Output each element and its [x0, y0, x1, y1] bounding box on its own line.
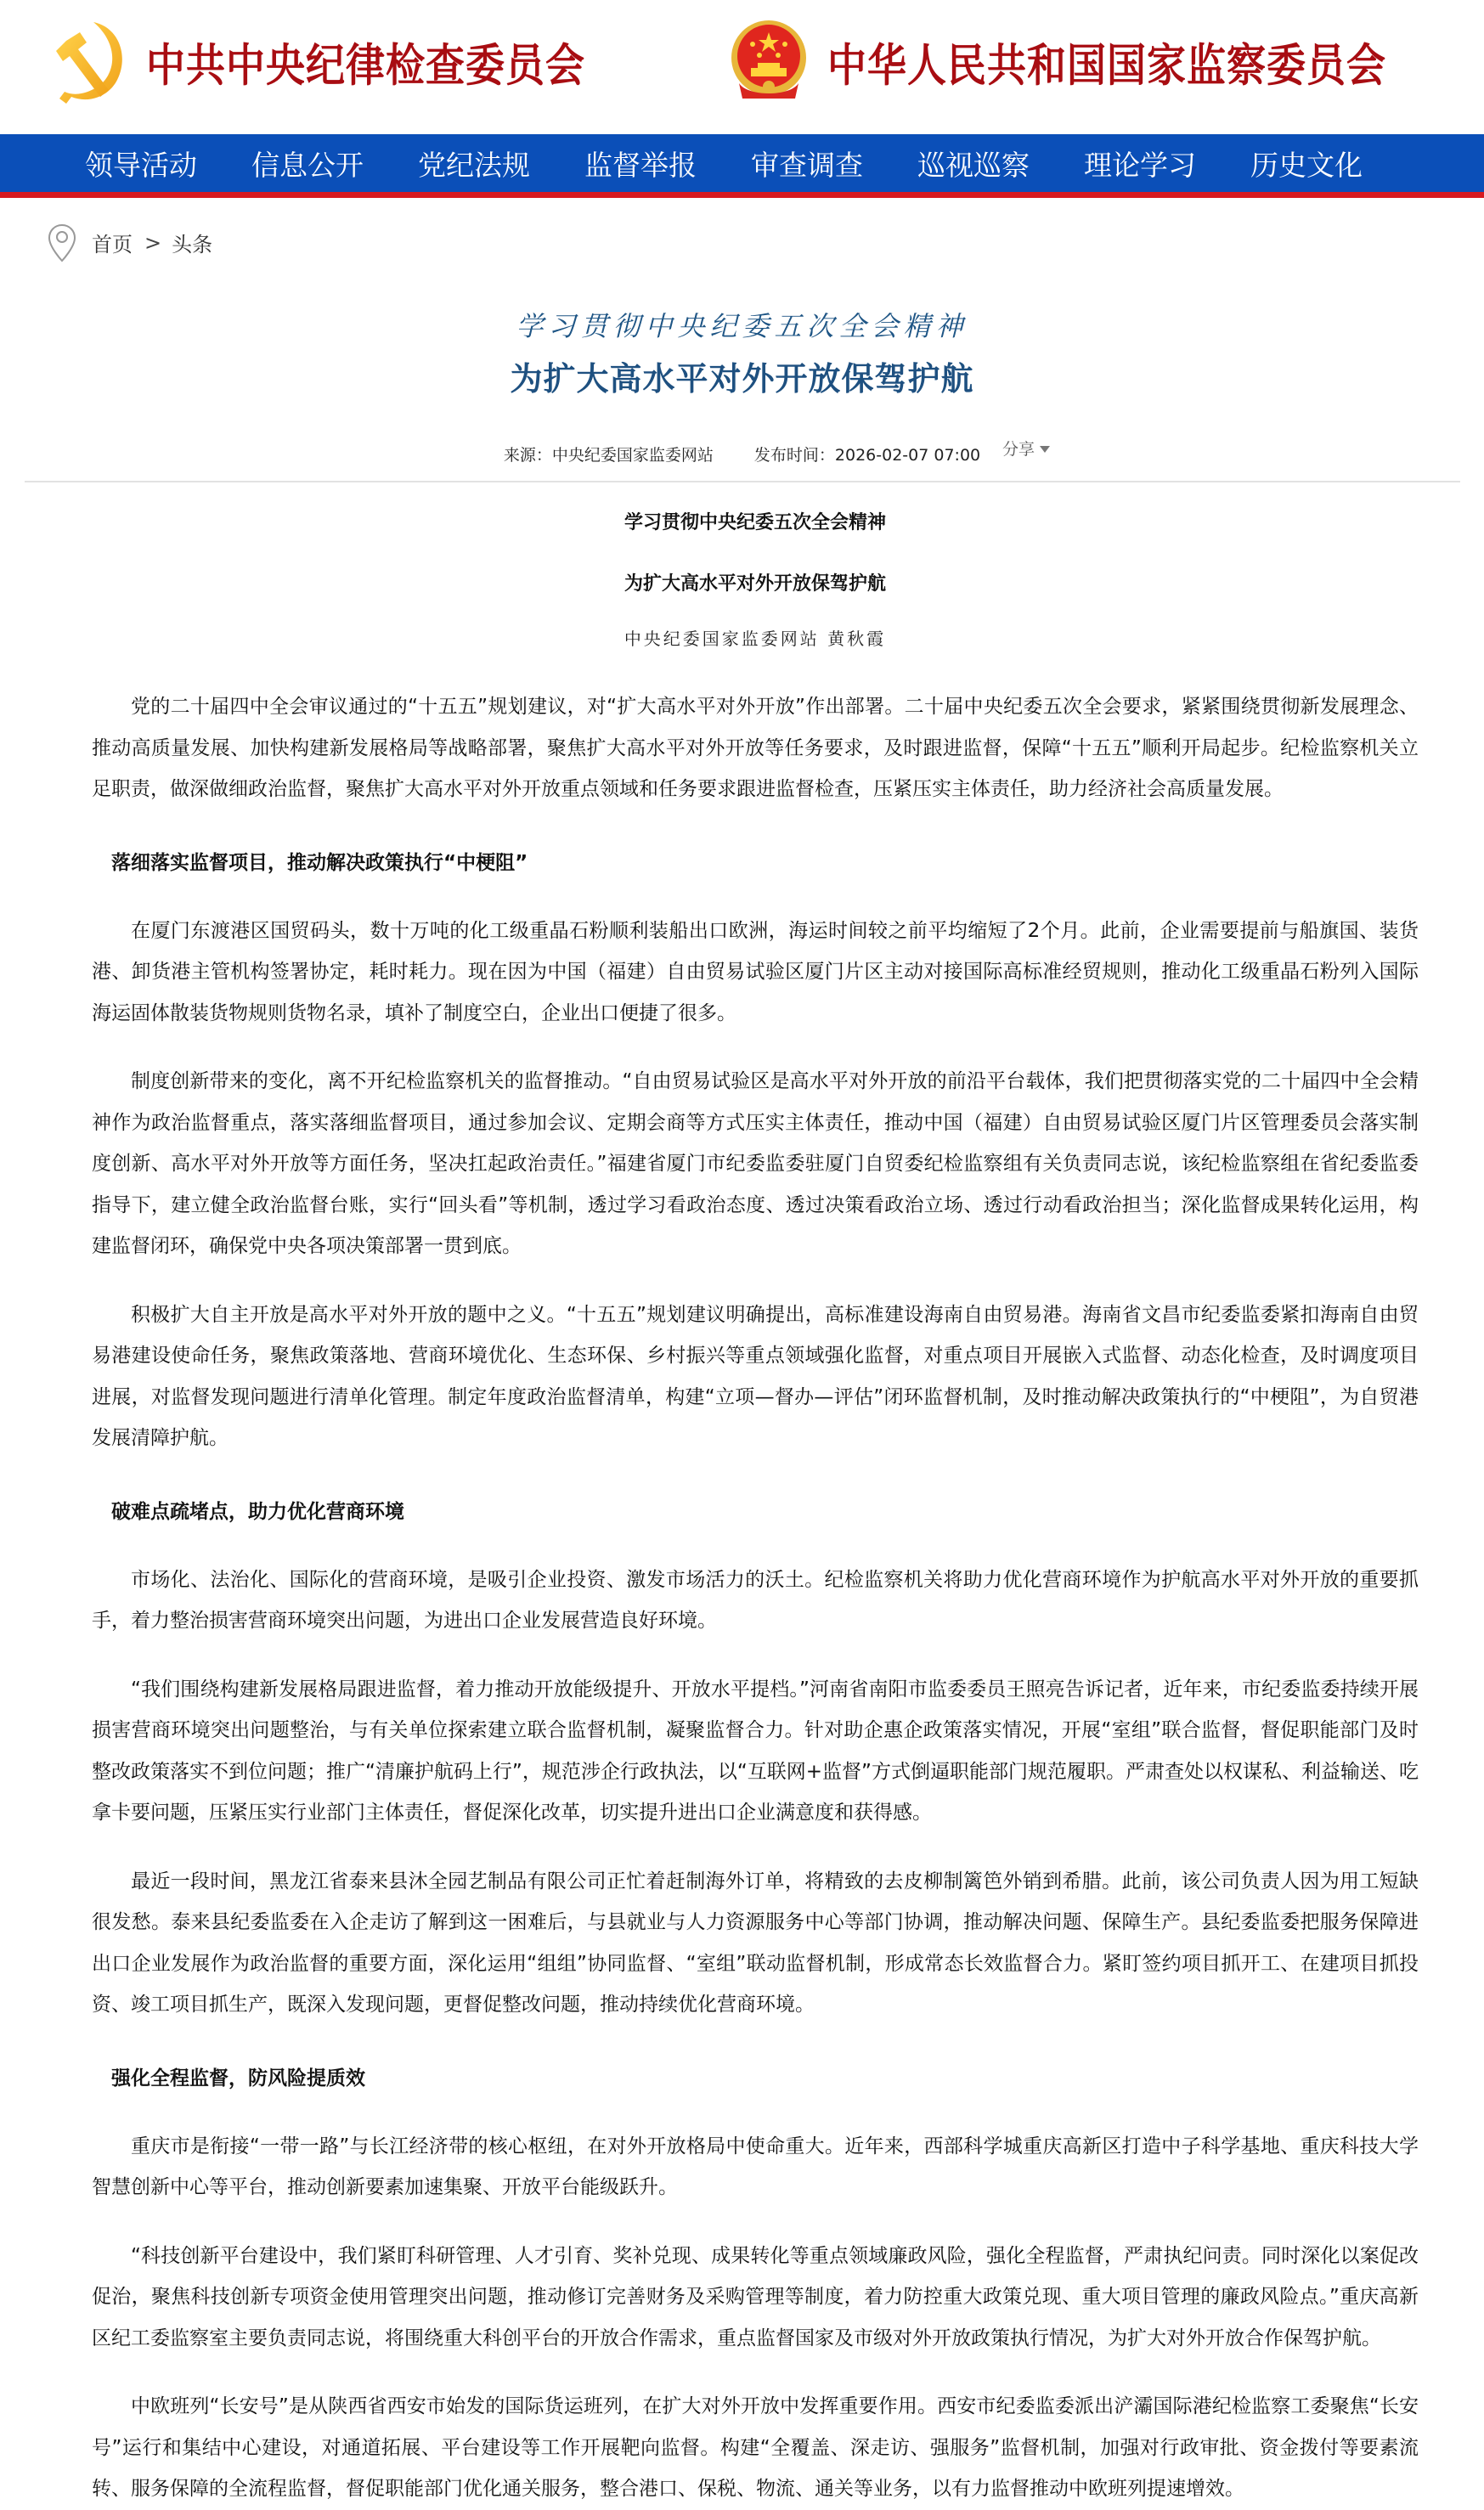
org-right[interactable]: 中华人民共和国国家监察委员会 — [722, 15, 1386, 109]
breadcrumb-home-link[interactable]: 首页 — [92, 228, 133, 257]
location-pin-icon — [48, 223, 76, 262]
nav-item-history[interactable]: 历史文化 — [1250, 144, 1363, 183]
article-paragraph: 最近一段时间，黑龙江省泰来县沐全园艺制品有限公司正忙着赶制海外订单，将精致的去皮… — [92, 1861, 1419, 2026]
article-paragraph: 积极扩大自主开放是高水平对外开放的题中之义。“十五五”规划建议明确提出，高标准建… — [92, 1294, 1419, 1459]
section-heading: 强化全程监督，防风险提质效 — [92, 2058, 1419, 2099]
article-paragraph: “我们围绕构建新发展格局跟进监督，着力推动开放能级提升、开放水平提档。”河南省南… — [92, 1669, 1419, 1834]
article-heading-1: 学习贯彻中央纪委五次全会精神 — [92, 503, 1419, 544]
share-button[interactable]: 分享 — [1002, 437, 1050, 460]
breadcrumb-separator: > — [144, 231, 161, 255]
nav-item-regulations[interactable]: 党纪法规 — [418, 144, 530, 183]
title-divider — [25, 481, 1460, 482]
publish-time: 2026-02-07 07:00 — [835, 446, 980, 465]
article-paragraph: 制度创新带来的变化，离不开纪检监察机关的监督推动。“自由贸易试验区是高水平对外开… — [92, 1061, 1419, 1267]
article-paragraph: 在厦门东渡港区国贸码头，数十万吨的化工级重晶石粉顺利装船出口欧洲，海运时间较之前… — [92, 911, 1419, 1035]
article-paragraph: 市场化、法治化、国际化的营商环境，是吸引企业投资、激发市场活力的沃土。纪检监察机… — [92, 1560, 1419, 1642]
publish-label: 发布时间： — [754, 446, 835, 465]
nav-item-leadership[interactable]: 领导活动 — [85, 144, 197, 183]
source-info: 来源：中央纪委国家监委网站 — [504, 443, 714, 465]
article-heading-2: 为扩大高水平对外开放保驾护航 — [92, 564, 1419, 605]
page-title: 为扩大高水平对外开放保驾护航 — [0, 355, 1484, 403]
article-paragraph: 党的二十届四中全会审议通过的“十五五”规划建议，对“扩大高水平对外开放”作出部署… — [92, 686, 1419, 810]
page-kicker: 学习贯彻中央纪委五次全会精神 — [0, 304, 1484, 348]
nav-item-disclosure[interactable]: 信息公开 — [251, 144, 364, 183]
article-meta: 来源：中央纪委国家监委网站 发布时间：2026-02-07 07:00 分享 — [0, 437, 1484, 471]
org-name-nsc: 中华人民共和国国家监察委员会 — [827, 30, 1386, 94]
nav-item-theory[interactable]: 理论学习 — [1084, 144, 1196, 183]
article-body: 学习贯彻中央纪委五次全会精神 为扩大高水平对外开放保驾护航 中央纪委国家监委网站… — [92, 503, 1419, 2510]
nav-item-investigation[interactable]: 审查调查 — [751, 144, 863, 183]
breadcrumb-current[interactable]: 头条 — [172, 228, 212, 257]
article-paragraph: “科技创新平台建设中，我们紧盯科研管理、人才引育、奖补兑现、成果转化等重点领域廉… — [92, 2236, 1419, 2360]
org-name-ccdi: 中共中央纪律检查委员会 — [146, 30, 585, 94]
section-heading: 落细落实监督项目，推动解决政策执行“中梗阻” — [92, 843, 1419, 883]
caret-down-icon — [1040, 446, 1050, 453]
source-label: 来源： — [504, 446, 552, 465]
title-block: 学习贯彻中央纪委五次全会精神 为扩大高水平对外开放保驾护航 来源：中央纪委国家监… — [0, 304, 1484, 482]
site-header: 中共中央纪律检查委员会 中华人民共和国国家监察委员会 — [0, 0, 1484, 134]
article-paragraph: 重庆市是衔接“一带一路”与长江经济带的核心枢纽，在对外开放格局中使命重大。近年来… — [92, 2126, 1419, 2208]
share-label: 分享 — [1002, 437, 1035, 460]
article-paragraph: 中欧班列“长安号”是从陕西省西安市始发的国际货运班列，在扩大对外开放中发挥重要作… — [92, 2386, 1419, 2510]
source-value: 中央纪委国家监委网站 — [552, 446, 714, 465]
breadcrumb: 首页 > 头条 — [0, 198, 1484, 279]
nav-item-inspection[interactable]: 巡视巡察 — [917, 144, 1030, 183]
publish-info: 发布时间：2026-02-07 07:00 — [754, 443, 980, 465]
nav-item-report[interactable]: 监督举报 — [584, 144, 697, 183]
org-left[interactable]: 中共中央纪律检查委员会 — [41, 15, 585, 109]
main-nav: 领导活动 信息公开 党纪法规 监督举报 审查调查 巡视巡察 理论学习 历史文化 — [0, 134, 1484, 192]
national-emblem-icon — [722, 15, 815, 109]
nav-red-stripe — [0, 192, 1484, 198]
party-emblem-icon — [41, 15, 134, 109]
article-byline: 中央纪委国家监委网站 黄秋霞 — [92, 622, 1419, 656]
section-heading: 破难点疏堵点，助力优化营商环境 — [92, 1492, 1419, 1532]
